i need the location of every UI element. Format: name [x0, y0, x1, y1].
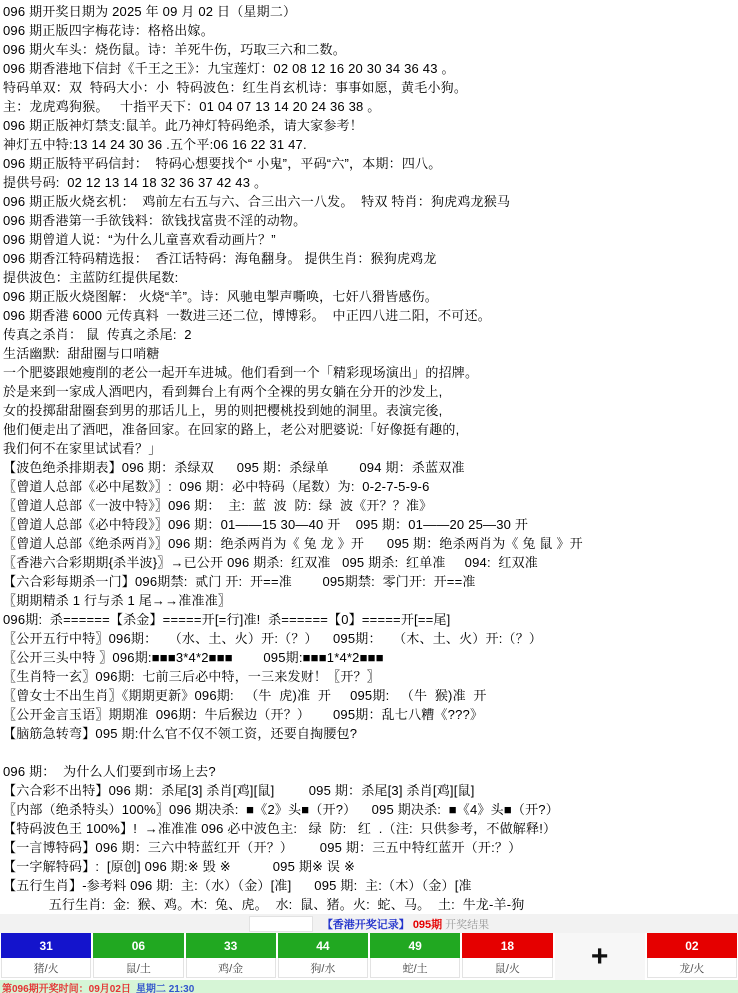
result-ball: 18鼠/火 [462, 933, 552, 980]
ball-zodiac-label: 猪/火 [1, 958, 91, 978]
special-ball: 02 龙/火 [647, 933, 737, 980]
ball-number: 49 [370, 933, 460, 958]
report-line: 096 期正版火烧玄机： 鸡前左右五与六、合三出六一八发。 特双 特肖：狗虎鸡龙… [3, 192, 738, 211]
result-ball: 33鸡/金 [186, 933, 276, 980]
report-line: 【六合彩不出特】096 期：杀尾[3] 杀肖[鸡][鼠] 095 期：杀尾[3]… [3, 781, 738, 800]
report-line: 096 期香港 6000 元传真料 一数进三还二位，博博彩。 中正四八进二阳，不… [3, 306, 738, 325]
report-line: 〖期期精杀 1 行与杀 1 尾→→准准准〗 [3, 591, 738, 610]
report-line: 女的投掷甜甜圈套到男的那话儿上，男的则把樱桃投到她的洞里。表演完後, [3, 401, 738, 420]
report-line: 096 期正版神灯禁支:鼠羊。此乃神灯特码绝杀，请大家参考！ [3, 116, 738, 135]
result-ball: 31猪/火 [1, 933, 91, 980]
next-draw-time: 星期二 21:30 [136, 980, 194, 993]
report-line: 096 期： 为什么人们要到市场上去? [3, 762, 738, 781]
report-line: 【特码波色王 100%】! →准准准 096 必中波色主: 绿 防: 红 .（注… [3, 819, 738, 838]
plus-separator: + [555, 933, 645, 980]
report-line: 096 期曾道人说：“为什么儿童喜欢看动画片？” [3, 230, 738, 249]
report-line: 提供号码: 02 12 13 14 18 32 36 37 42 43 。 [3, 173, 738, 192]
ball-zodiac-label: 鼠/火 [462, 958, 552, 978]
ball-number: 33 [186, 933, 276, 958]
next-draw-footer: 第096期开奖时间：09月02日 星期二 21:30 [0, 980, 738, 993]
report-line: 〖公开金言玉语〗期期准 096期：牛后猴边（开？） 095期：乱七八糟《???》 [3, 705, 738, 724]
report-line: 〖生肖特一玄〗096期: 七前三后必中特，一三来发财！〖开？〗 [3, 667, 738, 686]
results-suffix-label: 开奖结果 [445, 916, 489, 932]
results-header-bar: 【香港开奖记录】 095期 开奖结果 [0, 914, 738, 933]
report-line: 【六合彩每期杀一门】096期禁: 贰门 开: 开==准 095期禁: 零门开: … [3, 572, 738, 591]
report-line: 他们便走出了酒吧，准备回家。在回家的路上，老公对肥婆说:「好像挺有趣的, [3, 420, 738, 439]
result-ball: 49蛇/土 [370, 933, 460, 980]
report-line: 〖曾道人总部《一波中特》〗096 期： 主: 蓝 波 防: 绿 波《开？？准》 [3, 496, 738, 515]
report-body: 096 期开奖日期为 2025 年 09 月 02 日（星期二）096 期正版四… [0, 0, 738, 914]
report-line: 【一字解特码】: [原创] 096 期:※ 毁 ※ 095 期※ 误 ※ [3, 857, 738, 876]
result-ball: 44狗/水 [278, 933, 368, 980]
results-record-label: 【香港开奖记录】 [322, 916, 410, 932]
report-line: 096 期香江特码精选报： 香江话特码：海龟翻身。 提供生肖：猴狗虎鸡龙 [3, 249, 738, 268]
ball-zodiac-label: 蛇/土 [370, 958, 460, 978]
report-line: 096 期火车头：烧伤鼠。诗：羊死牛伤，巧取三六和二数。 [3, 40, 738, 59]
report-line: 〖内部（绝杀特头）100%〗096 期决杀: ■《2》头■（开?） 095 期决… [3, 800, 738, 819]
report-line: 096 期香港地下信封《千王之王》：九宝莲灯：02 08 12 16 20 30… [3, 59, 738, 78]
report-line: 〖公开五行中特〗096期： （水、土、火）开:（？） 095期： （木、土、火）… [3, 629, 738, 648]
ball-number: 02 [647, 933, 737, 958]
ball-number: 31 [1, 933, 91, 958]
report-line: 神灯五中特:13 14 24 30 36 .五个平:06 16 22 31 47… [3, 135, 738, 154]
report-line: 一个肥婆跟她瘦削的老公一起开车进城。他们看到一个「精彩现场演出」的招牌。 [3, 363, 738, 382]
ball-zodiac-label: 鸡/金 [186, 958, 276, 978]
report-line: 提供波色：主蓝防红提供尾数: [3, 268, 738, 287]
report-line: 【五行生肖】-参考料 096 期: 主:（水）（金）[准] 095 期: 主:（… [3, 876, 738, 895]
report-line: 〖曾道人总部《绝杀两肖》〗096 期：绝杀两肖为《 兔 龙 》开 095 期：绝… [3, 534, 738, 553]
report-line: 【波色绝杀排期表】096 期：杀绿双 095 期：杀绿单 094 期：杀蓝双准 [3, 458, 738, 477]
report-line: 096 期正版火烧图解： 火烧“羊”。诗：风驰电掣声嘶唤，七奸八猾皆感伤。 [3, 287, 738, 306]
report-line: 096 期正版特平码信封： 特码心想要找个“ 小鬼”，平码“六”，本期：四八。 [3, 154, 738, 173]
report-line: 传真之杀肖： 鼠 传真之杀尾: 2 [3, 325, 738, 344]
ball-zodiac-label: 鼠/土 [93, 958, 183, 978]
ball-number: 06 [93, 933, 183, 958]
report-line [3, 743, 738, 762]
results-balls-row: 31猪/火06鼠/土33鸡/金44狗/水49蛇/土18鼠/火 + 02 龙/火 [0, 933, 738, 980]
ball-number: 18 [462, 933, 552, 958]
report-line: 【一言博特码】096 期：三六中特蓝红开（开？） 095 期：三五中特红蓝开（开… [3, 838, 738, 857]
report-line: 096 期香港第一手欲钱料：欲钱找富贵不淫的动物。 [3, 211, 738, 230]
report-line: 主：龙虎鸡狗猴。 十指平天下：01 04 07 13 14 20 24 36 3… [3, 97, 738, 116]
report-line: 096期: 杀======【杀金】=====开[=行]准! 杀======【0】… [3, 610, 738, 629]
report-line: 〖曾道人总部《必中尾数》〗: 096 期：必中特码（尾数）为: 0-2-7-5-… [3, 477, 738, 496]
report-line: 五行生肖: 金: 猴、鸡。木: 兔、虎。 水: 鼠、猪。火: 蛇、马。 土: 牛… [3, 895, 738, 914]
report-line: 〖曾道人总部《必中特段》〗096 期：01——15 30—40 开 095 期：… [3, 515, 738, 534]
results-issue-number: 095期 [413, 916, 442, 932]
ball-zodiac-label: 龙/火 [647, 958, 737, 978]
result-ball: 06鼠/土 [93, 933, 183, 980]
report-line: 特码单双：双 特码大小：小 特码波色：红生肖玄机诗：事事如愿，黄毛小狗。 [3, 78, 738, 97]
ball-number: 44 [278, 933, 368, 958]
next-draw-date: 第096期开奖时间：09月02日 [2, 980, 131, 993]
report-line: 〖公开三头中特 〗096期:■■■3*4*2■■■ 095期:■■■1*4*2■… [3, 648, 738, 667]
report-line: 我们何不在家里试试看？」 [3, 439, 738, 458]
report-line: 【脑筋急转弯】095 期:什么官不仅不领工资，还要自掏腰包? [3, 724, 738, 743]
report-line: 於是来到一家成人酒吧内，看到舞台上有两个全裸的男女躺在分开的沙发上, [3, 382, 738, 401]
report-line: 096 期开奖日期为 2025 年 09 月 02 日（星期二） [3, 2, 738, 21]
report-line: 〖香港六合彩期期{杀半波}〗→已公开 096 期杀: 红双准 095 期杀: 红… [3, 553, 738, 572]
results-bar-blank-box [249, 916, 313, 932]
report-line: 生活幽默: 甜甜圈与口哨糖 [3, 344, 738, 363]
ball-zodiac-label: 狗/水 [278, 958, 368, 978]
report-line: 〖曾女士不出生肖〗《期期更新》096期: （牛 虎)准 开 095期: （牛 猴… [3, 686, 738, 705]
report-line: 096 期正版四字梅花诗：格格出嫁。 [3, 21, 738, 40]
